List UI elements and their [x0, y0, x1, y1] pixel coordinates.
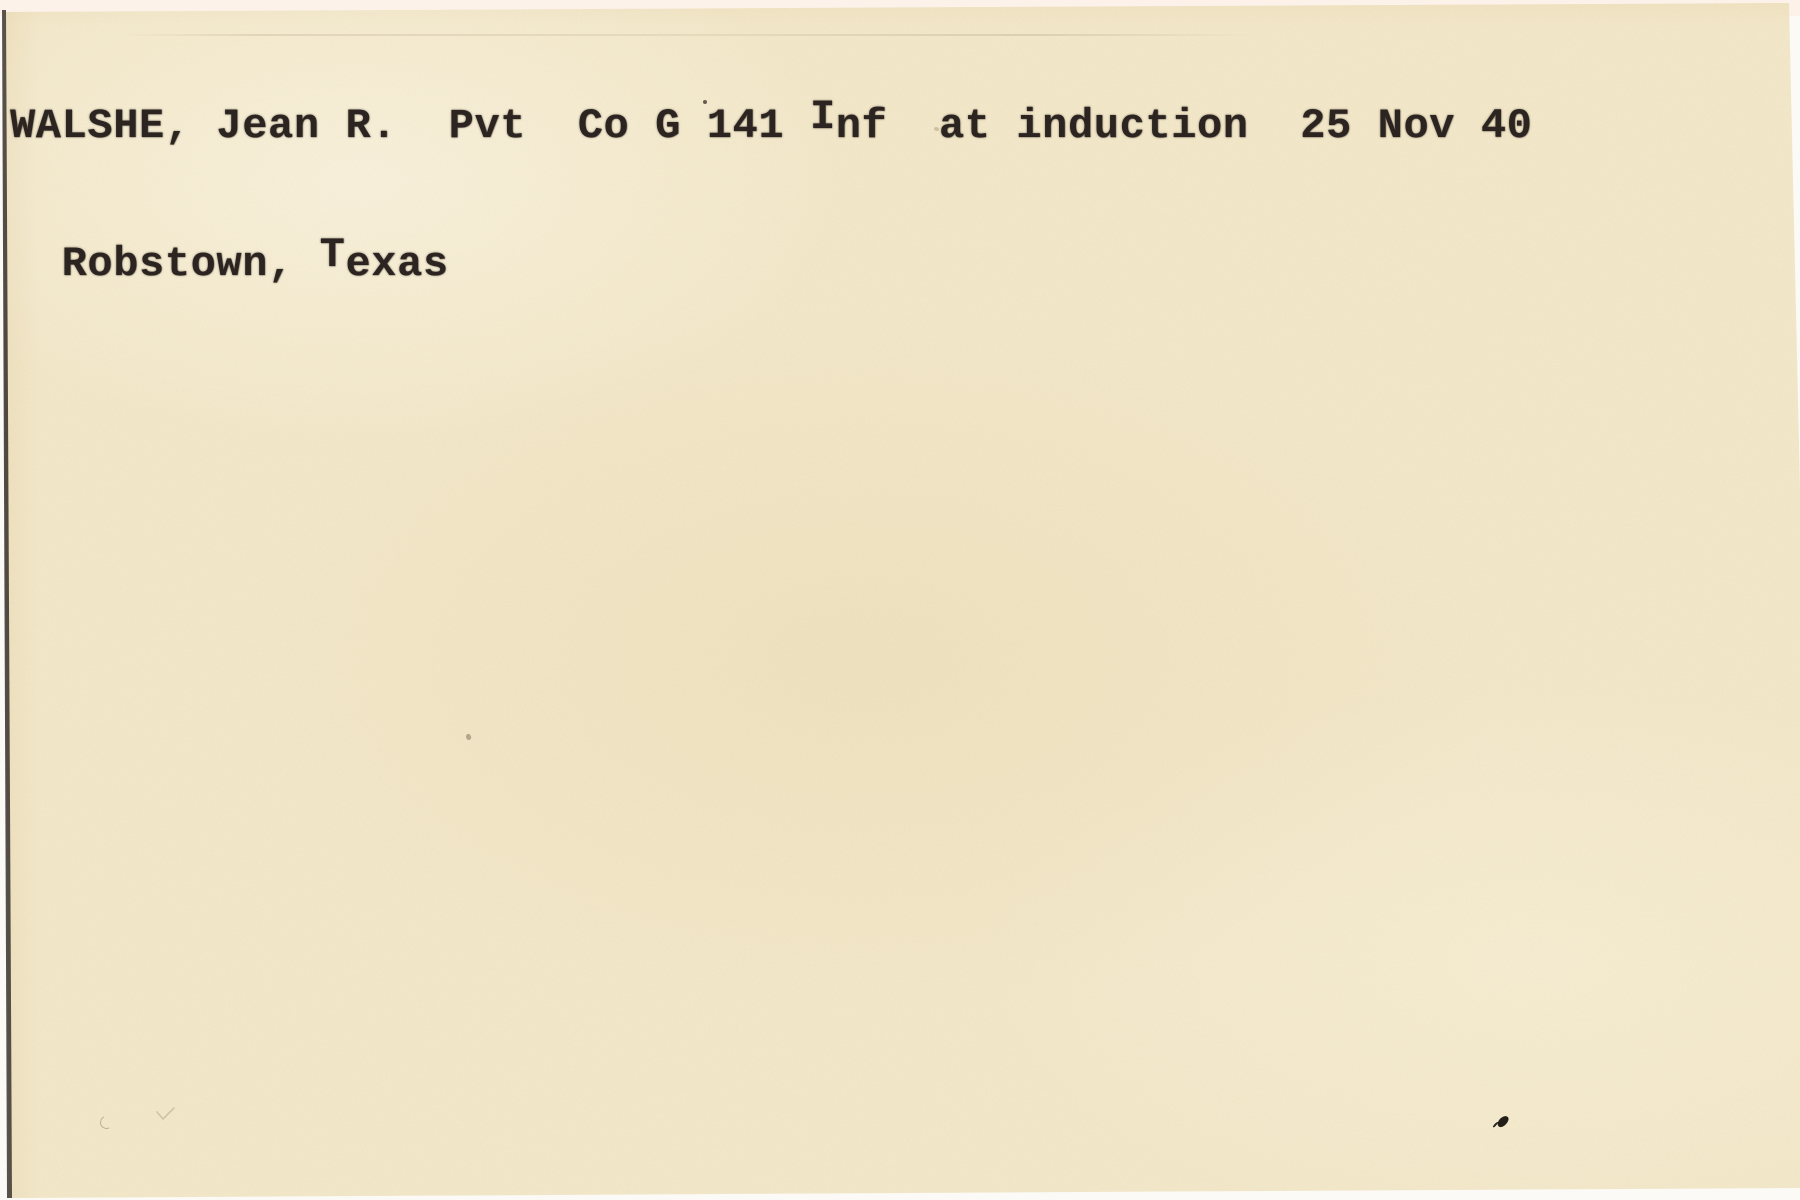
typed-line-2: Robstown, Texas: [10, 241, 1532, 287]
line2-text: Robstown,: [10, 240, 320, 288]
typed-line-1: WALSHE, Jean R. Pvt Co G 141 Inf at indu…: [10, 103, 1532, 149]
line2-text-cont: exas: [345, 240, 448, 288]
typewritten-text: WALSHE, Jean R. Pvt Co G 141 Inf at indu…: [10, 11, 1532, 379]
faint-pencil-mark: [155, 1106, 177, 1122]
small-ink-dot: [703, 100, 707, 104]
line1-text: WALSHE, Jean R. Pvt Co G 141: [10, 102, 810, 150]
line1-text-cont: nf at induction 25 Nov 40: [836, 102, 1533, 150]
scanned-index-card: WALSHE, Jean R. Pvt Co G 141 Inf at indu…: [0, 0, 1800, 1200]
line2-raised-letter: T: [320, 231, 346, 279]
line1-raised-letter: I: [810, 93, 836, 141]
